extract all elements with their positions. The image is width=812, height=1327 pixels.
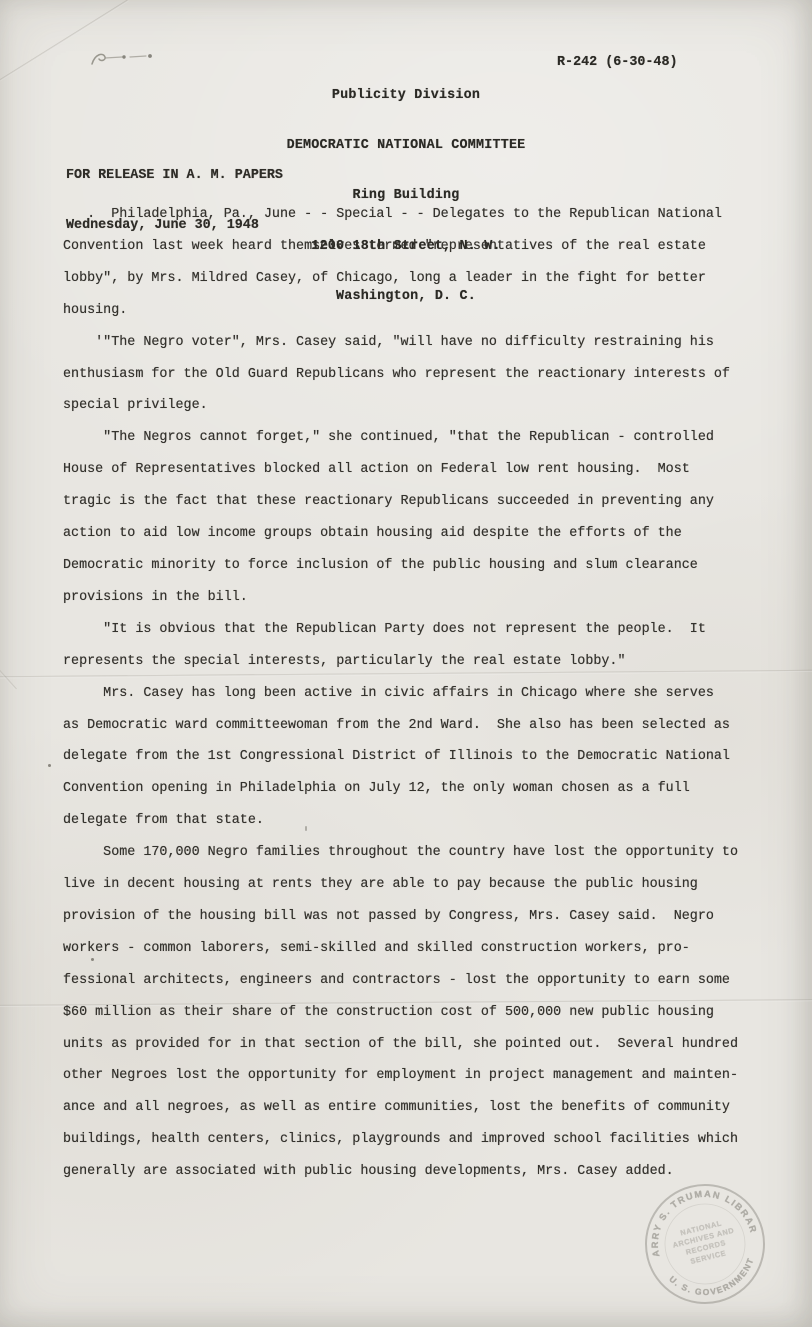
paragraph-quote-3: "It is obvious that the Republican Party…	[63, 614, 803, 678]
reference-number: R-242 (6-30-48)	[557, 55, 678, 70]
truman-library-stamp: HARRY S. TRUMAN LIBRARY U. S. GOVERNMENT…	[627, 1166, 782, 1321]
body-text: . Philadelphia, Pa., June - - Special - …	[63, 199, 803, 1188]
paragraph-biography: Mrs. Casey has long been active in civic…	[63, 678, 803, 838]
press-release-document: Publicity Division DEMOCRATIC NATIONAL C…	[0, 0, 812, 1327]
paragraph-dateline: . Philadelphia, Pa., June - - Special - …	[63, 199, 803, 327]
paragraph-statistics: Some 170,000 Negro families throughout t…	[63, 837, 803, 1188]
paragraph-quote-1: '"The Negro voter", Mrs. Casey said, "wi…	[63, 327, 803, 423]
paragraph-quote-2: "The Negros cannot forget," she continue…	[63, 422, 803, 613]
letterhead-division: Publicity Division	[0, 88, 812, 105]
paper-speck	[48, 764, 51, 767]
paper-crease-left-edge	[0, 666, 17, 690]
release-line: FOR RELEASE IN A. M. PAPERS	[66, 168, 283, 185]
